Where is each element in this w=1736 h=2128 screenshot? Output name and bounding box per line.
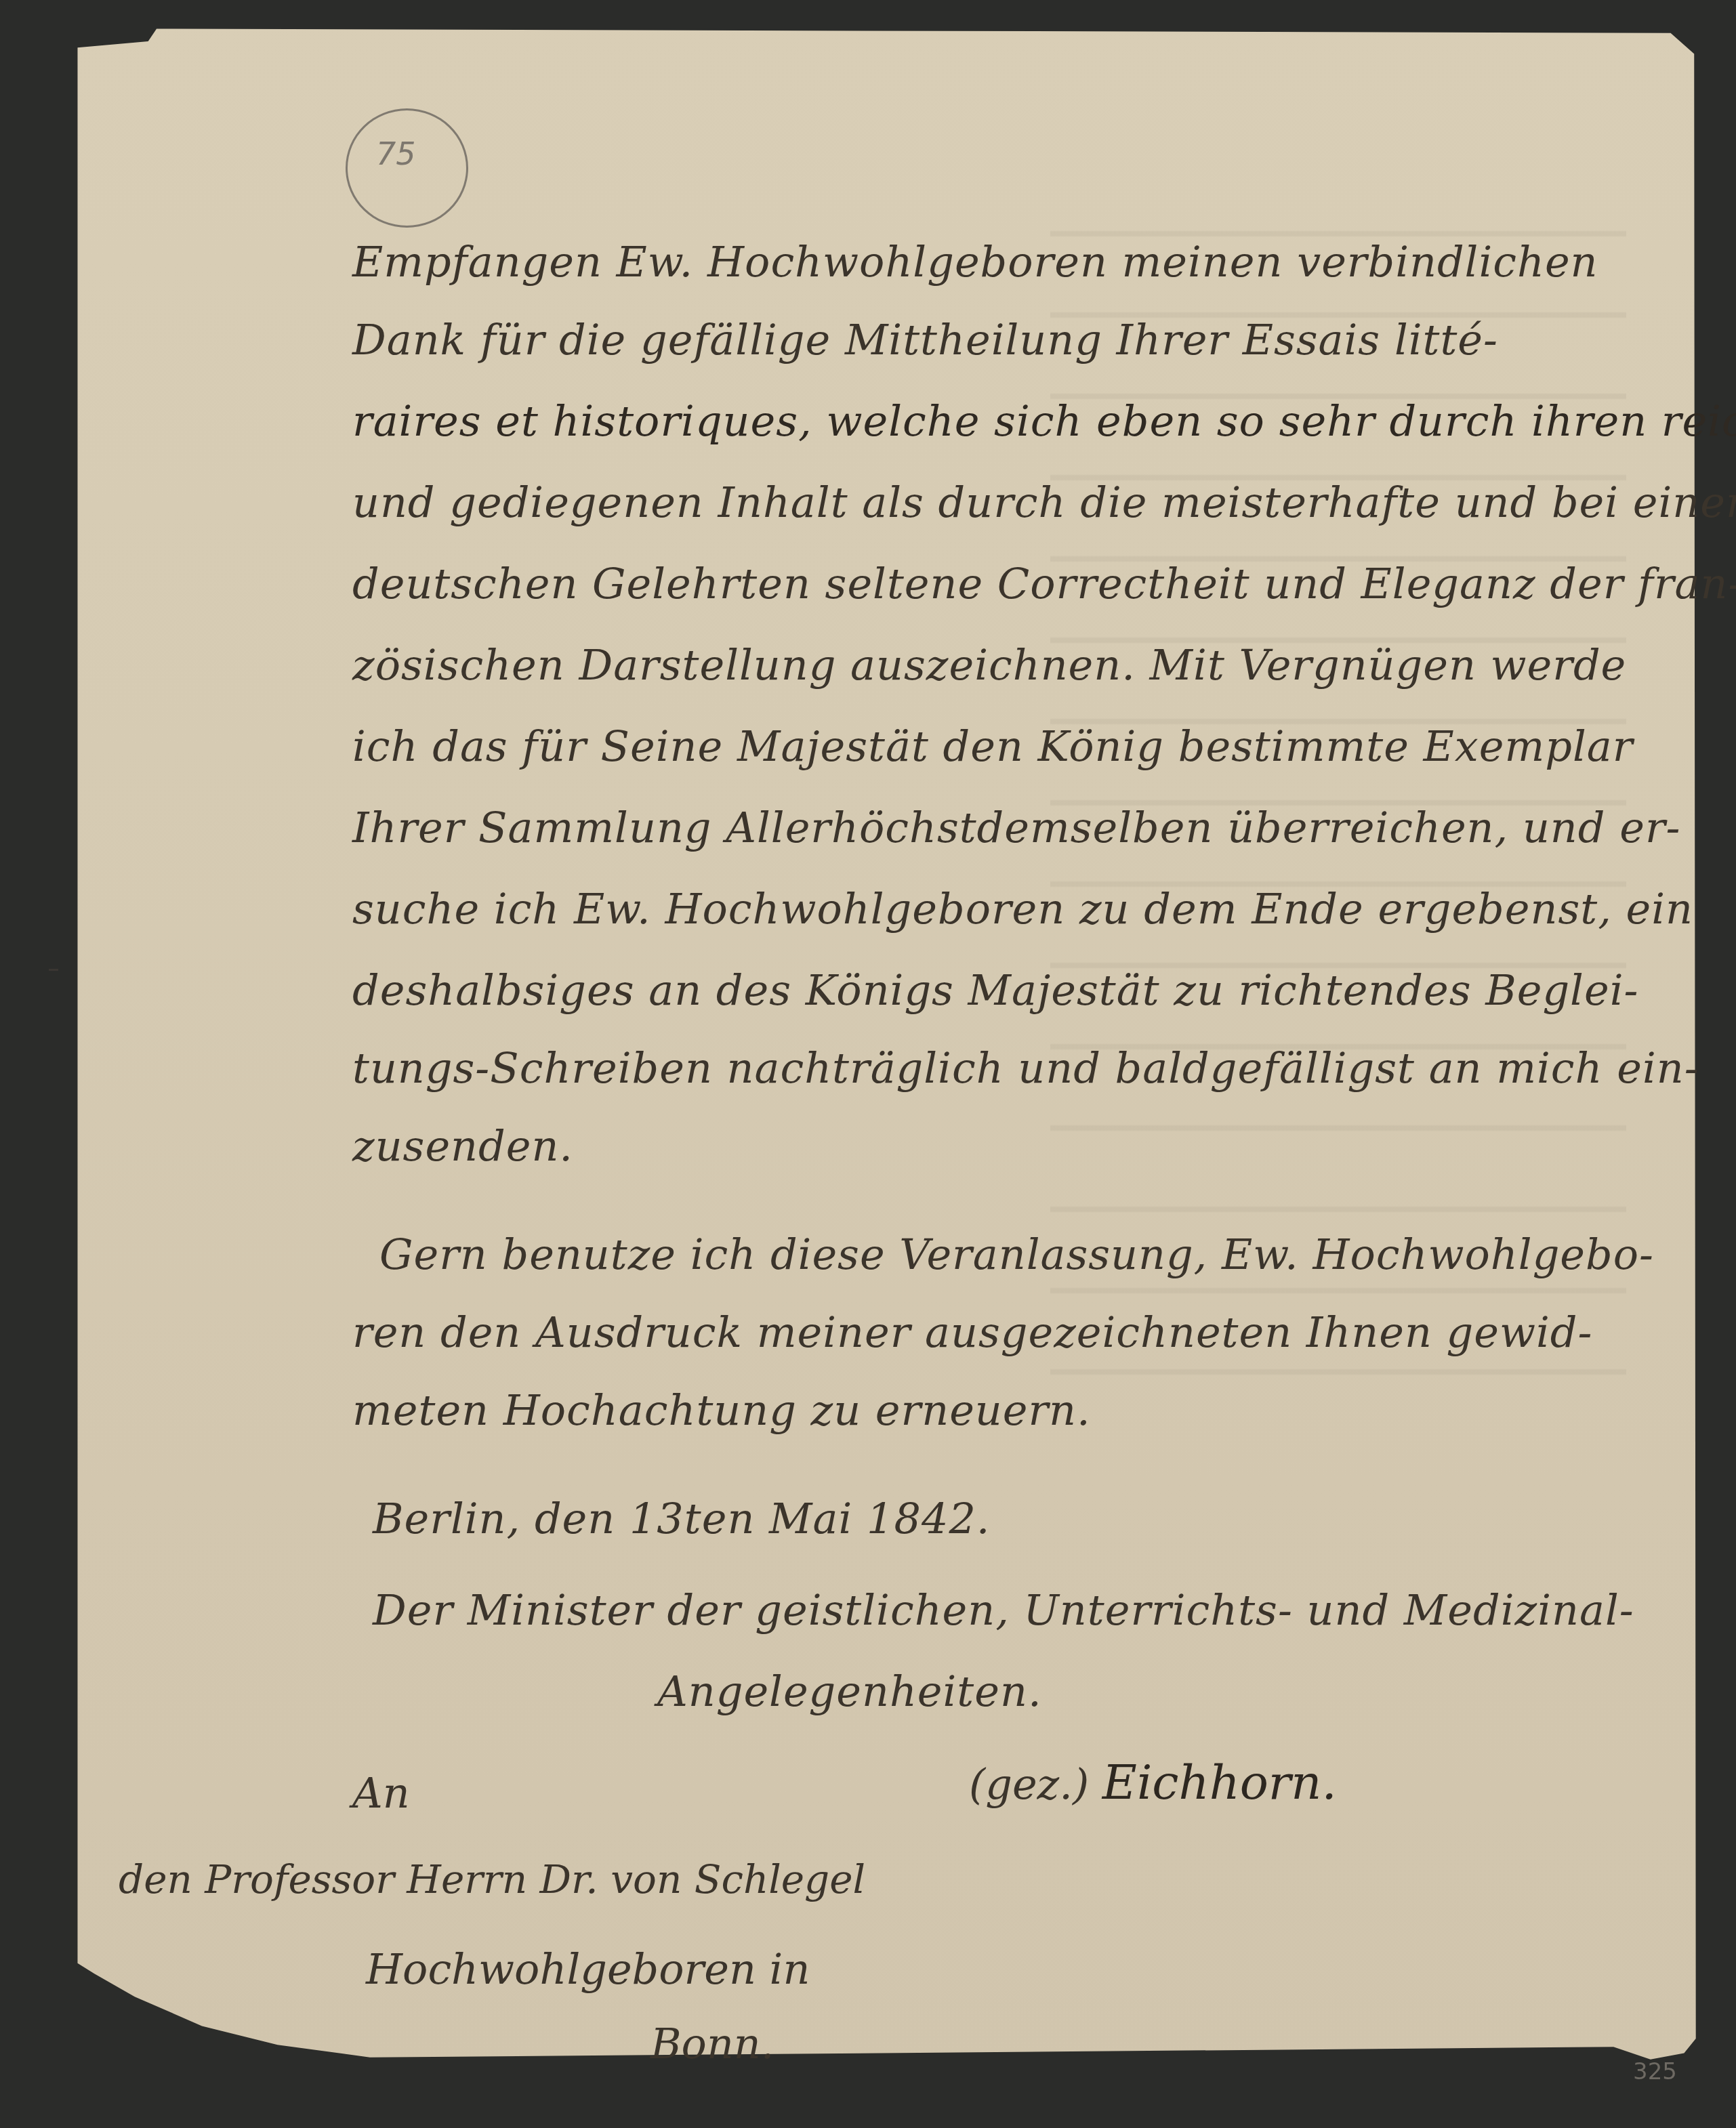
address-honorific: Hochwohlgeboren in: [366, 1944, 810, 1994]
closing-line-1: Gern benutze ich diese Veranlassung, Ew.…: [379, 1230, 1654, 1279]
address-salutation: An: [352, 1768, 410, 1818]
address-recipient: den Professor Herrn Dr. von Schlegel: [119, 1856, 865, 1902]
closing-line-3: meten Hochachtung zu erneuern.: [352, 1385, 1091, 1435]
edge-mark: [49, 969, 58, 971]
body-line-11: tungs-Schreiben nachträglich und baldgef…: [352, 1043, 1699, 1093]
folio-number: 75: [376, 135, 416, 172]
closing-line-2: ren den Ausdruck meiner ausgezeichneten …: [352, 1308, 1592, 1357]
place-date: Berlin, den 13ten Mai 1842.: [373, 1494, 991, 1543]
body-line-2: Dank für die gefällige Mittheilung Ihrer…: [352, 315, 1498, 364]
archive-page-number: 325: [1633, 2058, 1677, 2085]
body-line-12: zusenden.: [352, 1121, 573, 1171]
body-line-6: zösischen Darstellung auszeichnen. Mit V…: [352, 640, 1626, 690]
body-line-1: Empfangen Ew. Hochwohlgeboren meinen ver…: [352, 237, 1598, 287]
body-line-9: suche ich Ew. Hochwohlgeboren zu dem End…: [352, 884, 1693, 934]
signature-name: Eichhorn.: [1102, 1755, 1337, 1810]
body-line-8: Ihrer Sammlung Allerhöchstdemselben über…: [352, 803, 1680, 852]
signature-block: (gez.) Eichhorn.: [969, 1755, 1337, 1810]
body-line-4: und gediegenen Inhalt als durch die meis…: [352, 478, 1736, 527]
address-city: Bonn.: [650, 2019, 774, 2068]
body-line-10: deshalbsiges an des Königs Majestät zu r…: [352, 965, 1638, 1015]
body-line-5: deutschen Gelehrten seltene Correctheit …: [352, 559, 1736, 608]
sender-title-line-2: Angelegenheiten.: [657, 1667, 1042, 1716]
sender-title-line-1: Der Minister der geistlichen, Unterricht…: [373, 1585, 1634, 1635]
body-line-3: raires et historiques, welche sich eben …: [352, 396, 1736, 446]
body-line-7: ich das für Seine Majestät den König bes…: [352, 722, 1633, 771]
signature-prefix: (gez.): [969, 1759, 1089, 1809]
